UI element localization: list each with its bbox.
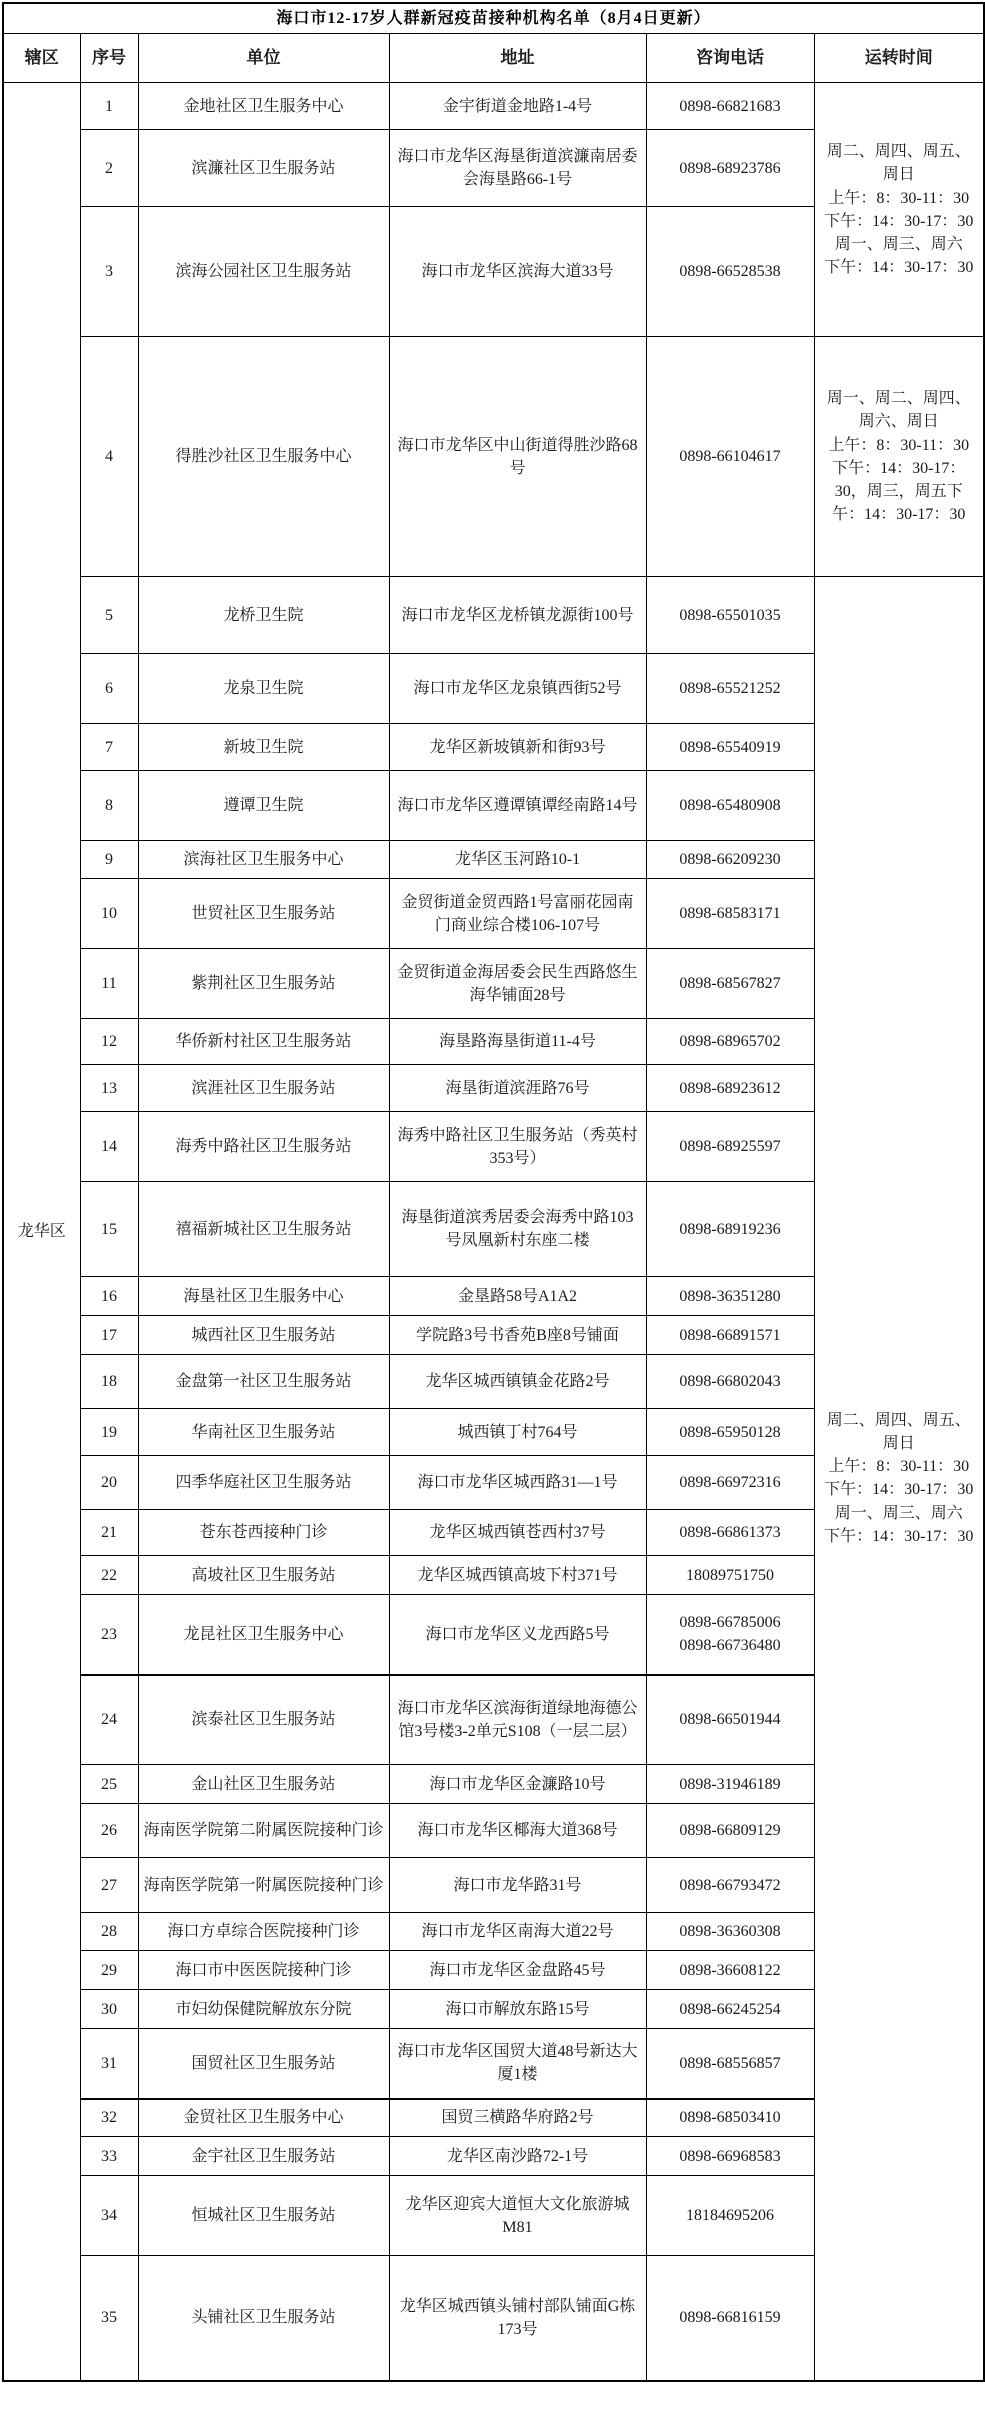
row-no-cell: 12 [80, 1019, 138, 1065]
address-cell: 海口市龙华区海垦街道滨濂南居委会海垦路66-1号 [389, 130, 646, 207]
table-body: 龙华区1金地社区卫生服务中心金宇街道金地路1-4号0898-66821683周二… [3, 83, 984, 2381]
unit-cell: 苍东苍西接种门诊 [138, 1510, 389, 1556]
phone-cell: 0898-68923612 [646, 1065, 814, 1112]
address-cell: 海口市龙华区义龙西路5号 [389, 1595, 646, 1675]
row-no-cell: 29 [80, 1951, 138, 1990]
row-no-cell: 18 [80, 1355, 138, 1409]
phone-cell: 0898-66816159 [646, 2256, 814, 2381]
phone-cell: 0898-66972316 [646, 1456, 814, 1510]
address-cell: 龙华区新坡镇新和街93号 [389, 724, 646, 771]
row-no-cell: 17 [80, 1316, 138, 1355]
unit-cell: 海秀中路社区卫生服务站 [138, 1112, 389, 1182]
vaccination-list-sheet: 海口市12-17岁人群新冠疫苗接种机构名单（8月4日更新） 辖区 序号 单位 地… [0, 2, 985, 2382]
header-row: 辖区 序号 单位 地址 咨询电话 运转时间 [3, 34, 984, 83]
row-no-cell: 24 [80, 1675, 138, 1765]
table-row: 5龙桥卫生院海口市龙华区龙桥镇龙源街100号0898-65501035周二、周四… [3, 577, 984, 654]
phone-cell: 18089751750 [646, 1556, 814, 1595]
unit-cell: 滨海公园社区卫生服务站 [138, 207, 389, 337]
row-no-cell: 19 [80, 1409, 138, 1456]
phone-cell: 0898-36608122 [646, 1951, 814, 1990]
address-cell: 金贸街道金贸西路1号富丽花园南门商业综合楼106-107号 [389, 879, 646, 949]
address-cell: 海口市龙华区金濂路10号 [389, 1765, 646, 1804]
header-hours: 运转时间 [814, 34, 984, 83]
unit-cell: 世贸社区卫生服务站 [138, 879, 389, 949]
row-no-cell: 28 [80, 1913, 138, 1951]
address-cell: 龙华区城西镇头铺村部队铺面G栋173号 [389, 2256, 646, 2381]
address-cell: 龙华区城西镇高坡下村371号 [389, 1556, 646, 1595]
address-cell: 金贸街道金海居委会民生西路悠生海华铺面28号 [389, 949, 646, 1019]
unit-cell: 龙桥卫生院 [138, 577, 389, 654]
unit-cell: 龙泉卫生院 [138, 654, 389, 724]
phone-cell: 0898-65521252 [646, 654, 814, 724]
unit-cell: 城西社区卫生服务站 [138, 1316, 389, 1355]
row-no-cell: 8 [80, 771, 138, 841]
header-phone: 咨询电话 [646, 34, 814, 83]
header-unit: 单位 [138, 34, 389, 83]
row-no-cell: 4 [80, 337, 138, 577]
address-cell: 龙华区迎宾大道恒大文化旅游城M81 [389, 2176, 646, 2256]
address-cell: 海口市龙华区中山街道得胜沙路68号 [389, 337, 646, 577]
row-no-cell: 23 [80, 1595, 138, 1675]
unit-cell: 高坡社区卫生服务站 [138, 1556, 389, 1595]
address-cell: 海口市龙华区南海大道22号 [389, 1913, 646, 1951]
phone-cell: 0898-68923786 [646, 130, 814, 207]
phone-cell: 0898-66802043 [646, 1355, 814, 1409]
row-no-cell: 35 [80, 2256, 138, 2381]
row-no-cell: 6 [80, 654, 138, 724]
row-no-cell: 25 [80, 1765, 138, 1804]
phone-cell: 0898-66861373 [646, 1510, 814, 1556]
hours-cell: 周二、周四、周五、周日 上午：8：30-11：30 下午：14：30-17：30… [814, 83, 984, 337]
phone-cell: 0898-65480908 [646, 771, 814, 841]
row-no-cell: 34 [80, 2176, 138, 2256]
row-no-cell: 5 [80, 577, 138, 654]
row-no-cell: 21 [80, 1510, 138, 1556]
phone-cell: 0898-66968583 [646, 2137, 814, 2176]
table-row: 4得胜沙社区卫生服务中心海口市龙华区中山街道得胜沙路68号0898-661046… [3, 337, 984, 577]
row-no-cell: 15 [80, 1182, 138, 1277]
row-no-cell: 31 [80, 2029, 138, 2099]
phone-cell: 18184695206 [646, 2176, 814, 2256]
unit-cell: 金宇社区卫生服务站 [138, 2137, 389, 2176]
unit-cell: 龙昆社区卫生服务中心 [138, 1595, 389, 1675]
address-cell: 海口市龙华区国贸大道48号新达大厦1楼 [389, 2029, 646, 2099]
hours-cell: 周二、周四、周五、周日 上午：8：30-11：30 下午：14：30-17：30… [814, 577, 984, 2381]
unit-cell: 华侨新村社区卫生服务站 [138, 1019, 389, 1065]
phone-cell: 0898-68583171 [646, 879, 814, 949]
unit-cell: 滨涯社区卫生服务站 [138, 1065, 389, 1112]
title-row: 海口市12-17岁人群新冠疫苗接种机构名单（8月4日更新） [3, 3, 984, 34]
phone-cell: 0898-66809129 [646, 1804, 814, 1858]
table-row: 龙华区1金地社区卫生服务中心金宇街道金地路1-4号0898-66821683周二… [3, 83, 984, 130]
address-cell: 海口市龙华区城西路31—1号 [389, 1456, 646, 1510]
phone-cell: 0898-65501035 [646, 577, 814, 654]
unit-cell: 恒城社区卫生服务站 [138, 2176, 389, 2256]
address-cell: 海口市龙华区龙泉镇西街52号 [389, 654, 646, 724]
row-no-cell: 13 [80, 1065, 138, 1112]
phone-cell: 0898-65950128 [646, 1409, 814, 1456]
row-no-cell: 30 [80, 1990, 138, 2029]
phone-cell: 0898-66104617 [646, 337, 814, 577]
unit-cell: 禧福新城社区卫生服务站 [138, 1182, 389, 1277]
phone-cell: 0898-68925597 [646, 1112, 814, 1182]
unit-cell: 金地社区卫生服务中心 [138, 83, 389, 130]
unit-cell: 紫荆社区卫生服务站 [138, 949, 389, 1019]
row-no-cell: 1 [80, 83, 138, 130]
address-cell: 海垦街道滨涯路76号 [389, 1065, 646, 1112]
row-no-cell: 26 [80, 1804, 138, 1858]
phone-cell: 0898-66528538 [646, 207, 814, 337]
district-cell: 龙华区 [3, 83, 80, 2381]
unit-cell: 滨泰社区卫生服务站 [138, 1675, 389, 1765]
unit-cell: 金盘第一社区卫生服务站 [138, 1355, 389, 1409]
phone-cell: 0898-66501944 [646, 1675, 814, 1765]
phone-cell: 0898-66209230 [646, 841, 814, 879]
phone-cell: 0898-66245254 [646, 1990, 814, 2029]
header-no: 序号 [80, 34, 138, 83]
row-no-cell: 7 [80, 724, 138, 771]
phone-cell: 0898-68556857 [646, 2029, 814, 2099]
address-cell: 海口市解放东路15号 [389, 1990, 646, 2029]
phone-cell: 0898-68919236 [646, 1182, 814, 1277]
header-address: 地址 [389, 34, 646, 83]
phone-cell: 0898-66785006 0898-66736480 [646, 1595, 814, 1675]
address-cell: 海口市龙华区滨海街道绿地海德公馆3号楼3-2单元S108（一层二层） [389, 1675, 646, 1765]
unit-cell: 市妇幼保健院解放东分院 [138, 1990, 389, 2029]
address-cell: 国贸三横路华府路2号 [389, 2099, 646, 2137]
row-no-cell: 32 [80, 2099, 138, 2137]
row-no-cell: 20 [80, 1456, 138, 1510]
unit-cell: 海南医学院第二附属医院接种门诊 [138, 1804, 389, 1858]
phone-cell: 0898-68503410 [646, 2099, 814, 2137]
address-cell: 海垦路海垦街道11-4号 [389, 1019, 646, 1065]
row-no-cell: 33 [80, 2137, 138, 2176]
unit-cell: 滨濂社区卫生服务站 [138, 130, 389, 207]
unit-cell: 金贸社区卫生服务中心 [138, 2099, 389, 2137]
unit-cell: 遵谭卫生院 [138, 771, 389, 841]
header-district: 辖区 [3, 34, 80, 83]
phone-cell: 0898-68965702 [646, 1019, 814, 1065]
unit-cell: 金山社区卫生服务站 [138, 1765, 389, 1804]
address-cell: 海口市龙华区遵谭镇谭经南路14号 [389, 771, 646, 841]
address-cell: 海口市龙华区滨海大道33号 [389, 207, 646, 337]
unit-cell: 海口市中医医院接种门诊 [138, 1951, 389, 1990]
hours-cell: 周一、周二、周四、周六、周日 上午：8：30-11：30 下午：14：30-17… [814, 337, 984, 577]
address-cell: 海口市龙华区龙桥镇龙源街100号 [389, 577, 646, 654]
address-cell: 海口市龙华区椰海大道368号 [389, 1804, 646, 1858]
unit-cell: 滨海社区卫生服务中心 [138, 841, 389, 879]
phone-cell: 0898-36351280 [646, 1277, 814, 1316]
unit-cell: 国贸社区卫生服务站 [138, 2029, 389, 2099]
unit-cell: 得胜沙社区卫生服务中心 [138, 337, 389, 577]
address-cell: 海秀中路社区卫生服务站（秀英村353号） [389, 1112, 646, 1182]
address-cell: 城西镇丁村764号 [389, 1409, 646, 1456]
address-cell: 海垦街道滨秀居委会海秀中路103号凤凰新村东座二楼 [389, 1182, 646, 1277]
phone-cell: 0898-31946189 [646, 1765, 814, 1804]
address-cell: 学院路3号书香苑B座8号铺面 [389, 1316, 646, 1355]
address-cell: 海口市龙华区金盘路45号 [389, 1951, 646, 1990]
unit-cell: 海南医学院第一附属医院接种门诊 [138, 1858, 389, 1913]
unit-cell: 头铺社区卫生服务站 [138, 2256, 389, 2381]
phone-cell: 0898-36360308 [646, 1913, 814, 1951]
row-no-cell: 9 [80, 841, 138, 879]
row-no-cell: 14 [80, 1112, 138, 1182]
address-cell: 龙华区南沙路72-1号 [389, 2137, 646, 2176]
row-no-cell: 3 [80, 207, 138, 337]
unit-cell: 新坡卫生院 [138, 724, 389, 771]
page-title: 海口市12-17岁人群新冠疫苗接种机构名单（8月4日更新） [3, 3, 984, 34]
unit-cell: 海口方卓综合医院接种门诊 [138, 1913, 389, 1951]
unit-cell: 海垦社区卫生服务中心 [138, 1277, 389, 1316]
row-no-cell: 2 [80, 130, 138, 207]
address-cell: 龙华区玉河路10-1 [389, 841, 646, 879]
address-cell: 金宇街道金地路1-4号 [389, 83, 646, 130]
phone-cell: 0898-65540919 [646, 724, 814, 771]
address-cell: 海口市龙华路31号 [389, 1858, 646, 1913]
address-cell: 龙华区城西镇苍西村37号 [389, 1510, 646, 1556]
vaccination-table: 海口市12-17岁人群新冠疫苗接种机构名单（8月4日更新） 辖区 序号 单位 地… [2, 2, 985, 2382]
phone-cell: 0898-66821683 [646, 83, 814, 130]
phone-cell: 0898-68567827 [646, 949, 814, 1019]
unit-cell: 华南社区卫生服务站 [138, 1409, 389, 1456]
row-no-cell: 16 [80, 1277, 138, 1316]
row-no-cell: 27 [80, 1858, 138, 1913]
phone-cell: 0898-66891571 [646, 1316, 814, 1355]
row-no-cell: 22 [80, 1556, 138, 1595]
address-cell: 龙华区城西镇镇金花路2号 [389, 1355, 646, 1409]
row-no-cell: 11 [80, 949, 138, 1019]
phone-cell: 0898-66793472 [646, 1858, 814, 1913]
address-cell: 金垦路58号A1A2 [389, 1277, 646, 1316]
row-no-cell: 10 [80, 879, 138, 949]
unit-cell: 四季华庭社区卫生服务站 [138, 1456, 389, 1510]
